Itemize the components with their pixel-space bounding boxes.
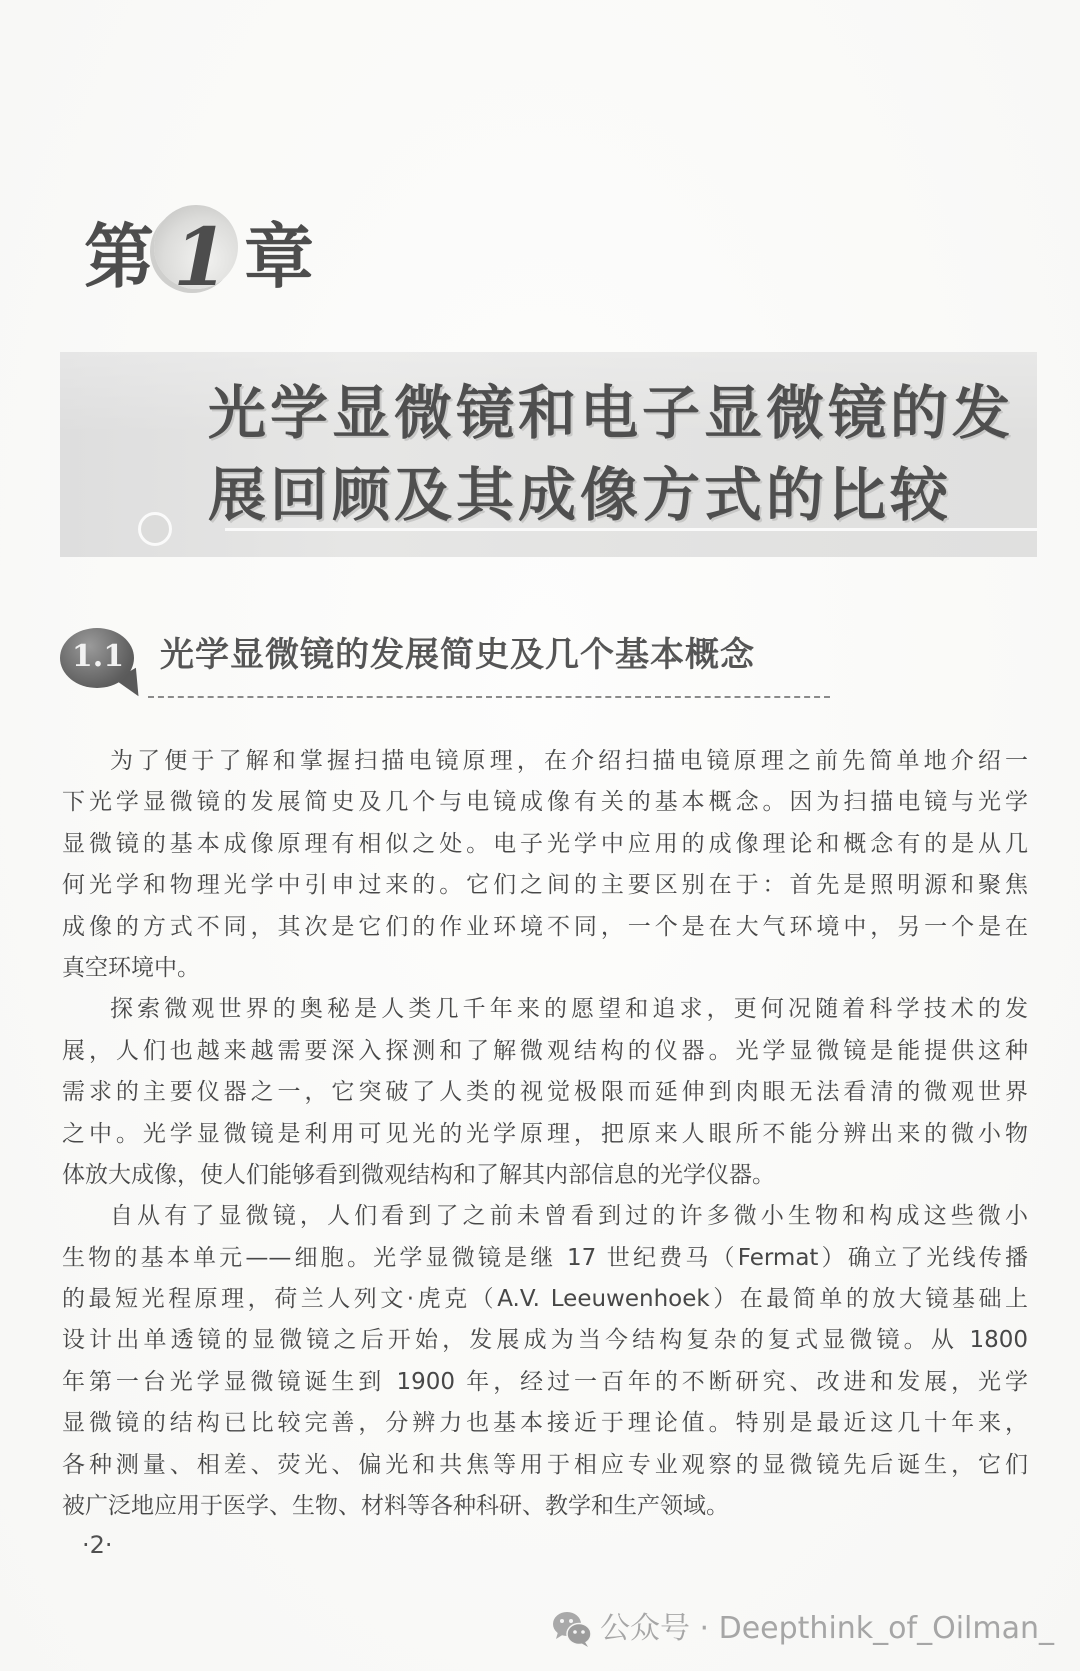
paragraph-2-line-3: 需求的主要仪器之一，它突破了人类的视觉极限而延伸到肉眼无法看清的微观世界	[62, 1072, 1028, 1113]
section-title: 光学显微镜的发展简史及几个基本概念	[160, 632, 755, 678]
chapter-title-line-2: 展回顾及其成像方式的比较	[208, 454, 1028, 536]
chapter-title: 光学显微镜和电子显微镜的发 展回顾及其成像方式的比较	[208, 372, 1028, 536]
section-heading: 1.1 光学显微镜的发展简史及几个基本概念	[60, 620, 860, 710]
paragraph-1-line-1: 为了便于了解和掌握扫描电镜原理，在介绍扫描电镜原理之前先简单地介绍一	[62, 741, 1028, 782]
paragraph-3-line-7: 各种测量、相差、荧光、偏光和共焦等用于相应专业观察的显微镜先后诞生，它们	[62, 1445, 1028, 1486]
watermark: 公众号 · Deepthink_of_Oilman_	[552, 1606, 1054, 1652]
chapter-title-line-1: 光学显微镜和电子显微镜的发	[208, 372, 1028, 454]
paragraph-3-line-4: 设计出单透镜的显微镜之后开始，发展成为当今结构复杂的复式显微镜。从 1800	[62, 1320, 1028, 1361]
paragraph-1-line-6: 真空环境中。	[62, 948, 1028, 989]
book-page: 第 1 章 光学显微镜和电子显微镜的发 展回顾及其成像方式的比较 1.1 光学显…	[0, 0, 1080, 1671]
paragraph-2-line-5: 体放大成像，使人们能够看到微观结构和了解其内部信息的光学仪器。	[62, 1155, 1028, 1196]
paragraph-3-line-2: 生物的基本单元——细胞。光学显微镜是继 17 世纪费马（Fermat）确立了光线…	[62, 1238, 1028, 1279]
paragraph-3-line-8: 被广泛地应用于医学、生物、材料等各种科研、教学和生产领域。	[62, 1486, 1028, 1527]
chapter-prefix: 第	[84, 217, 154, 297]
paragraph-2-line-1: 探索微观世界的奥秘是人类几千年来的愿望和追求，更何况随着科学技术的发	[62, 989, 1028, 1030]
banner-circle-ornament	[138, 512, 172, 546]
paragraph-2-line-4: 之中。光学显微镜是利用可见光的光学原理，把原来人眼所不能分辨出来的微小物	[62, 1114, 1028, 1155]
page-number: ·2·	[82, 1528, 113, 1562]
paragraph-1-line-5: 成像的方式不同，其次是它们的作业环境不同，一个是在大气环境中，另一个是在	[62, 907, 1028, 948]
chapter-heading: 第 1 章	[84, 205, 344, 305]
wechat-icon	[552, 1611, 592, 1647]
paragraph-2-line-2: 展，人们也越来越需要深入探测和了解微观结构的仪器。光学显微镜是能提供这种	[62, 1031, 1028, 1072]
paragraph-3-line-3: 的最短光程原理，荷兰人列文·虎克（A.V. Leeuwenhoek）在最简单的放…	[62, 1279, 1028, 1320]
paragraph-3-line-1: 自从有了显微镜，人们看到了之前未曾看到过的许多微小生物和构成这些微小	[62, 1196, 1028, 1237]
body-text: 为了便于了解和掌握扫描电镜原理，在介绍扫描电镜原理之前先简单地介绍一 下光学显微…	[62, 741, 1028, 1527]
paragraph-1-line-2: 下光学显微镜的发展简史及几个与电镜成像有关的基本概念。因为扫描电镜与光学	[62, 782, 1028, 823]
chapter-suffix: 章	[244, 217, 314, 297]
paragraph-1-line-3: 显微镜的基本成像原理有相似之处。电子光学中应用的成像理论和概念有的是从几	[62, 824, 1028, 865]
paragraph-1-line-4: 何光学和物理光学中引申过来的。它们之间的主要区别在于：首先是照明源和聚焦	[62, 865, 1028, 906]
paragraph-3-line-6: 显微镜的结构已比较完善，分辨力也基本接近于理论值。特别是最近这几十年来，	[62, 1403, 1028, 1444]
paragraph-3-line-5: 年第一台光学显微镜诞生到 1900 年，经过一百年的不断研究、改进和发展，光学	[62, 1362, 1028, 1403]
watermark-text: 公众号 · Deepthink_of_Oilman_	[600, 1606, 1054, 1652]
chapter-title-banner: 光学显微镜和电子显微镜的发 展回顾及其成像方式的比较	[60, 352, 1037, 557]
section-dashed-rule	[148, 696, 830, 698]
chapter-number: 1	[166, 211, 236, 303]
section-number: 1.1	[62, 634, 134, 680]
